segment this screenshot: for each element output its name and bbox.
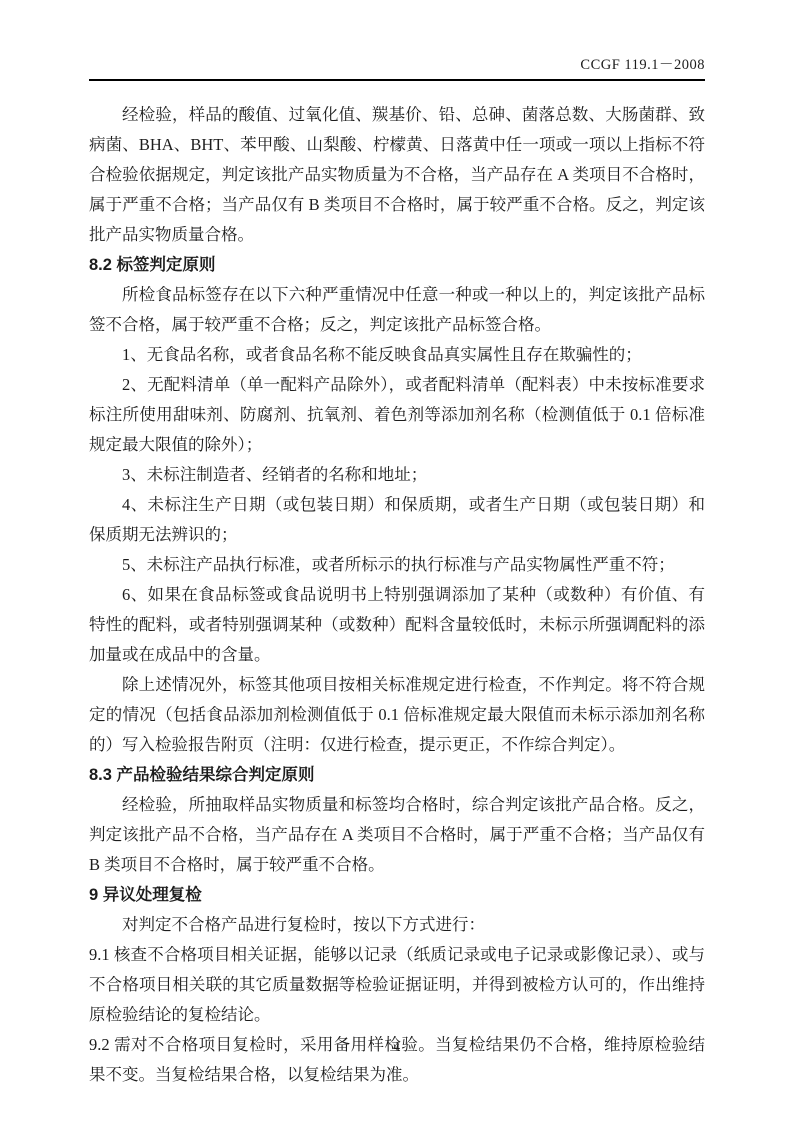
paragraph: 经检验，样品的酸值、过氧化值、羰基价、铅、总砷、菌落总数、大肠菌群、致病菌、BH…: [89, 100, 705, 250]
paragraph: 对判定不合格产品进行复检时，按以下方式进行：: [89, 910, 705, 940]
section-heading: 9 异议处理复检: [89, 880, 705, 910]
paragraph: 2、无配料清单（单一配料产品除外），或者配料清单（配料表）中未按标准要求标注所使…: [89, 370, 705, 460]
paragraph: 6、如果在食品标签或食品说明书上特别强调添加了某种（或数种）有价值、有特性的配料…: [89, 580, 705, 670]
page-footer: 4: [0, 1038, 793, 1058]
document-body: 经检验，样品的酸值、过氧化值、羰基价、铅、总砷、菌落总数、大肠菌群、致病菌、BH…: [89, 100, 705, 1090]
paragraph: 4、未标注生产日期（或包装日期）和保质期，或者生产日期（或包装日期）和保质期无法…: [89, 490, 705, 550]
standard-code: CCGF 119.1－2008: [580, 57, 705, 73]
paragraph: 经检验，所抽取样品实物质量和标签均合格时，综合判定该批产品合格。反之，判定该批产…: [89, 790, 705, 880]
page-number: 4: [393, 1040, 400, 1055]
paragraph: 9.1 核查不合格项目相关证据，能够以记录（纸质记录或电子记录或影像记录）、或与…: [89, 940, 705, 1030]
paragraph: 3、未标注制造者、经销者的名称和地址；: [89, 460, 705, 490]
section-heading: 8.2 标签判定原则: [89, 250, 705, 280]
page-header: CCGF 119.1－2008: [89, 55, 705, 75]
header-rule: [89, 79, 705, 81]
paragraph: 1、无食品名称，或者食品名称不能反映食品真实属性且存在欺骗性的；: [89, 340, 705, 370]
paragraph: 所检食品标签存在以下六种严重情况中任意一种或一种以上的，判定该批产品标签不合格，…: [89, 280, 705, 340]
paragraph: 5、未标注产品执行标准，或者所标示的执行标准与产品实物属性严重不符；: [89, 550, 705, 580]
section-heading: 8.3 产品检验结果综合判定原则: [89, 760, 705, 790]
paragraph: 除上述情况外，标签其他项目按相关标准规定进行检查，不作判定。将不符合规定的情况（…: [89, 670, 705, 760]
document-page: CCGF 119.1－2008 经检验，样品的酸值、过氧化值、羰基价、铅、总砷、…: [0, 0, 793, 1122]
